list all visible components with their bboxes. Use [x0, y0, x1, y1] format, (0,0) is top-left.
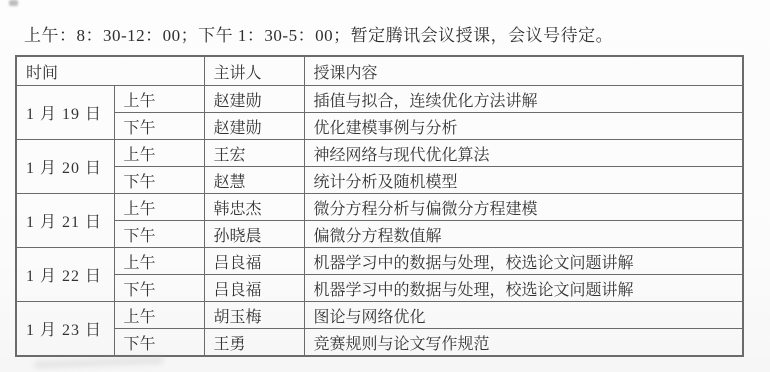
header-time: 时间: [16, 56, 204, 86]
content-cell: 偏微分方程数值解: [304, 221, 743, 248]
speaker-cell: 王宏: [204, 140, 304, 167]
period-cell: 上午: [114, 194, 204, 221]
period-cell: 下午: [114, 221, 204, 248]
speaker-cell: 赵建勋: [204, 113, 304, 140]
table-row: 下午 王勇 竞赛规则与论文写作规范: [16, 329, 743, 357]
period-cell: 上午: [114, 248, 204, 275]
photo-artifact-speck: [9, 0, 18, 6]
speaker-cell: 赵建勋: [204, 86, 304, 113]
table-row: 下午 吕良福 机器学习中的数据与处理，校选论文问题讲解: [16, 275, 743, 302]
table-row: 下午 赵建勋 优化建模事例与分析: [16, 113, 743, 140]
date-cell: 1 月 19 日: [16, 86, 114, 140]
date-cell: 1 月 23 日: [16, 302, 114, 357]
table-row: 1 月 22 日 上午 吕良福 机器学习中的数据与处理，校选论文问题讲解: [16, 248, 743, 275]
period-cell: 下午: [114, 167, 204, 194]
speaker-cell: 孙晓晨: [204, 221, 304, 248]
speaker-cell: 韩忠杰: [204, 194, 304, 221]
content-cell: 神经网络与现代优化算法: [304, 140, 743, 167]
table-row: 1 月 23 日 上午 胡玉梅 图论与网络优化: [16, 302, 743, 329]
content-cell: 插值与拟合，连续优化方法讲解: [304, 86, 743, 113]
period-cell: 上午: [114, 140, 204, 167]
speaker-cell: 赵慧: [204, 167, 304, 194]
speaker-cell: 吕良福: [204, 248, 304, 275]
table-row: 1 月 19 日 上午 赵建勋 插值与拟合，连续优化方法讲解: [16, 86, 743, 113]
schedule-table: 时间 主讲人 授课内容 1 月 19 日 上午 赵建勋 插值与拟合，连续优化方法…: [15, 55, 744, 357]
photo-artifact-smudge: [34, 357, 164, 369]
speaker-cell: 吕良福: [204, 275, 304, 302]
content-cell: 优化建模事例与分析: [304, 113, 743, 140]
schedule-intro-line: 上午：8：30-12：00；下午 1：30-5：00；暂定腾讯会议授课，会议号待…: [24, 26, 613, 46]
table-row: 下午 孙晓晨 偏微分方程数值解: [16, 221, 743, 248]
content-cell: 图论与网络优化: [304, 302, 743, 329]
table-row: 下午 赵慧 统计分析及随机模型: [16, 167, 743, 194]
content-cell: 微分方程分析与偏微分方程建模: [304, 194, 743, 221]
document-photo: 上午：8：30-12：00；下午 1：30-5：00；暂定腾讯会议授课，会议号待…: [0, 0, 770, 372]
period-cell: 上午: [114, 302, 204, 329]
content-cell: 竞赛规则与论文写作规范: [304, 329, 743, 357]
speaker-cell: 王勇: [204, 329, 304, 357]
period-cell: 上午: [114, 86, 204, 113]
content-cell: 统计分析及随机模型: [304, 167, 743, 194]
speaker-cell: 胡玉梅: [204, 302, 304, 329]
period-cell: 下午: [114, 113, 204, 140]
content-cell: 机器学习中的数据与处理，校选论文问题讲解: [304, 248, 743, 275]
table-row: 1 月 21 日 上午 韩忠杰 微分方程分析与偏微分方程建模: [16, 194, 743, 221]
date-cell: 1 月 22 日: [16, 248, 114, 302]
content-cell: 机器学习中的数据与处理，校选论文问题讲解: [304, 275, 743, 302]
date-cell: 1 月 20 日: [16, 140, 114, 194]
period-cell: 下午: [114, 329, 204, 357]
period-cell: 下午: [114, 275, 204, 302]
header-content: 授课内容: [304, 56, 743, 86]
date-cell: 1 月 21 日: [16, 194, 114, 248]
header-speaker: 主讲人: [204, 56, 304, 86]
table-row: 1 月 20 日 上午 王宏 神经网络与现代优化算法: [16, 140, 743, 167]
table-header-row: 时间 主讲人 授课内容: [16, 56, 743, 86]
